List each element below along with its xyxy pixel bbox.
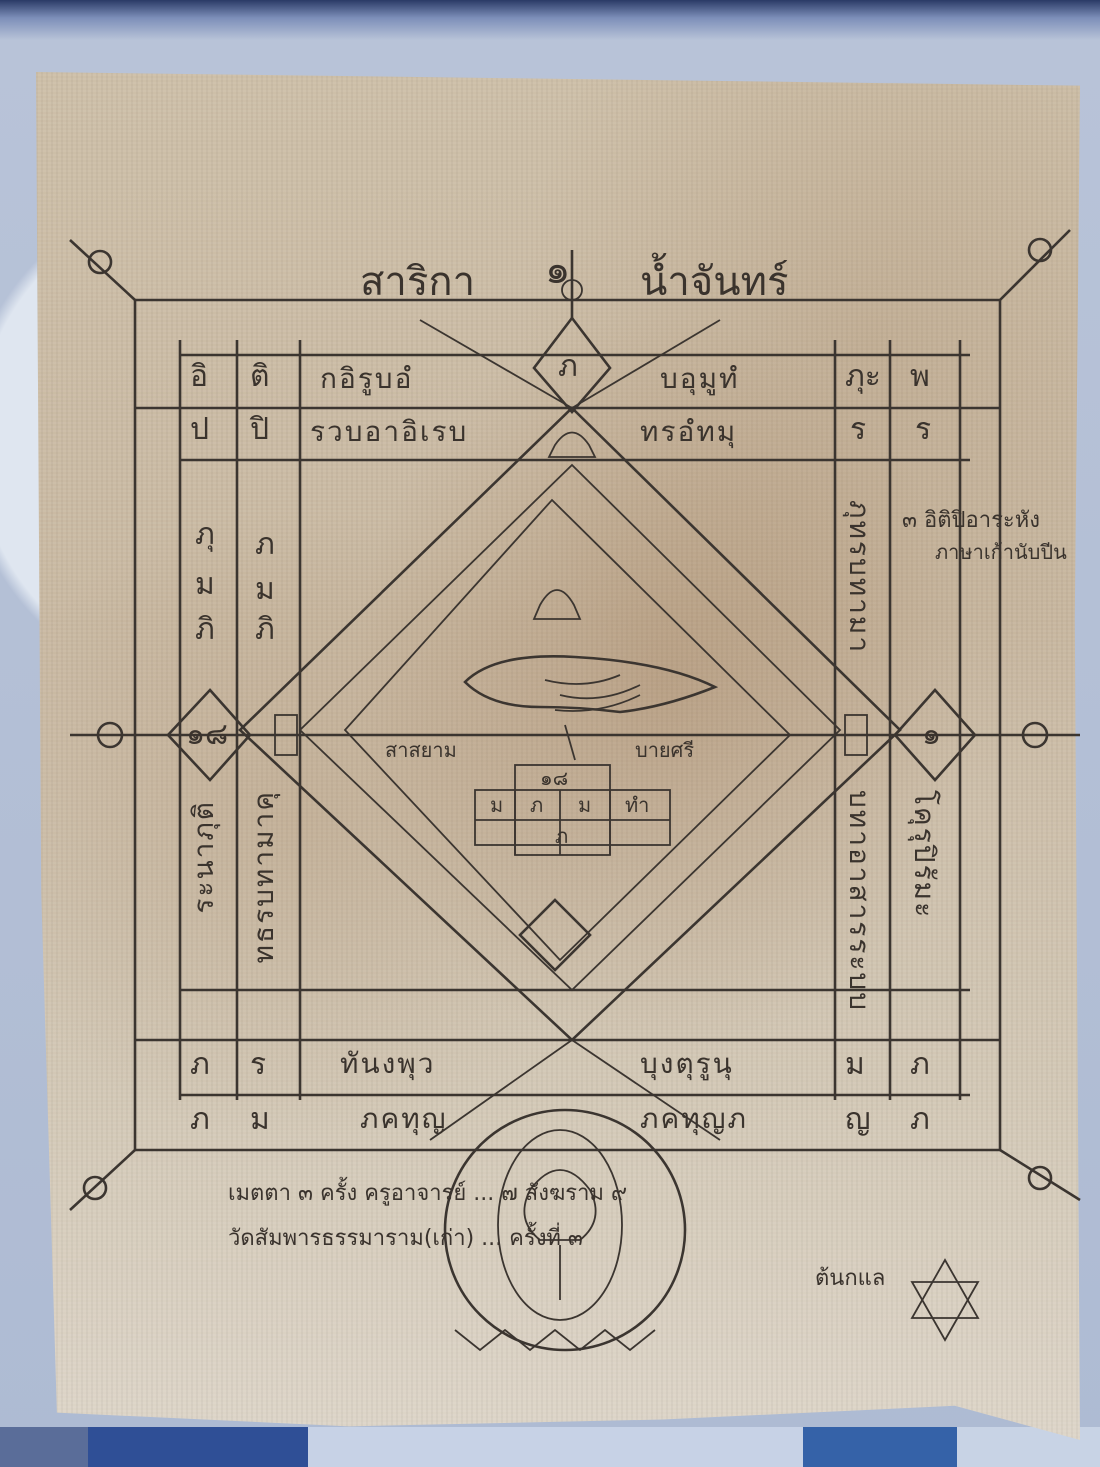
bottom-right-cell-3: ญ: [845, 1105, 871, 1135]
bottom-band-row2-right: ภคทุญภ: [640, 1105, 748, 1133]
left-inner-top-3: ภิ: [255, 615, 275, 645]
diamond-label-right: บายศรี: [635, 740, 694, 760]
top-band-row1-left: กอิรูบอํ: [320, 365, 413, 393]
left-outer-bottom-text: ระนาภุติ: [190, 800, 218, 914]
top-band-row2-right: ทรอํทมุ: [640, 418, 737, 446]
bottom-band-row1-left: ทันงพุว: [340, 1050, 435, 1078]
left-outer-top-3: ภิ: [195, 615, 215, 645]
bottom-band-row2-left: ภคทุญ: [360, 1105, 448, 1133]
top-right-cell-3: ร: [850, 415, 866, 445]
right-note-line1: ๓ อิติปิอาระหัง: [902, 510, 1040, 532]
bottom-right-cell-4: ภ: [910, 1105, 930, 1135]
top-diamond-glyph: ภ: [558, 352, 578, 382]
footer-line3: ต้นกแล: [815, 1268, 885, 1290]
top-left-cell-4: ปิ: [250, 415, 269, 445]
left-outer-top-2: ม: [195, 570, 215, 600]
inner-box-cell-1: ม: [490, 795, 503, 815]
title-nam-chan: น้ำจันทร์: [640, 262, 788, 302]
top-band-row2-left: รวบอาอิเรบ: [310, 418, 468, 446]
right-inner-top-text: ภุทรบทามา: [845, 500, 873, 654]
bottom-band-row1-right: บุงตุรูนุ: [640, 1050, 734, 1078]
bottom-right-cell-1: ม: [845, 1050, 865, 1080]
left-diamond-glyph: ๑๘: [186, 720, 228, 750]
bottom-left-cell-3: ภ: [190, 1105, 210, 1135]
right-inner-bottom-text: บทาอาสารระบบ: [845, 790, 873, 1012]
right-outer-bottom-text: โคุรุปิรัมะ: [910, 790, 938, 919]
top-left-cell-1: อิ: [190, 362, 208, 392]
right-note-line2: ภาษาเก้านับปีน: [935, 542, 1067, 562]
left-inner-top-1: ภ: [255, 530, 275, 560]
inner-box-cell-2: ภ: [530, 795, 543, 815]
top-spire-symbol: ๑: [545, 250, 570, 290]
footer-line1: เมตตา ๓ ครั้ง ครูอาจารย์ ... ๗ สังฆราม ๙: [228, 1183, 627, 1205]
bottom-right-cell-2: ภ: [910, 1050, 930, 1080]
top-left-cell-2: ติ: [250, 362, 269, 392]
top-right-cell-4: ร: [915, 415, 931, 445]
left-inner-bottom-text: ทธรบทามาคุ: [250, 790, 278, 963]
footer-line2: วัดสัมพารธรรมาราม(เก่า) ... ครั้งที่ ๓: [228, 1228, 583, 1250]
left-outer-top-1: ภุ: [195, 520, 215, 550]
top-band-row1-right: บอุมูทํ: [660, 365, 740, 393]
right-diamond-glyph: ๑: [922, 720, 941, 750]
top-left-cell-3: ป: [190, 415, 209, 445]
diamond-label-left: สาสยาม: [385, 740, 457, 760]
inner-box-bottom: ภ: [555, 826, 568, 846]
top-right-cell-2: พ: [910, 362, 930, 392]
top-right-cell-1: ภุะ: [845, 362, 881, 392]
bottom-left-cell-4: ม: [250, 1105, 270, 1135]
bottom-left-cell-2: ร: [250, 1050, 266, 1080]
title-sarika: สาริกา: [360, 262, 475, 302]
inner-box-cell-4: ทำ: [625, 795, 649, 815]
inner-box-cell-3: ม: [578, 795, 591, 815]
bottom-left-cell-1: ภ: [190, 1050, 210, 1080]
inner-box-top: ๑๘: [540, 768, 568, 788]
left-inner-top-2: ม: [255, 575, 275, 605]
